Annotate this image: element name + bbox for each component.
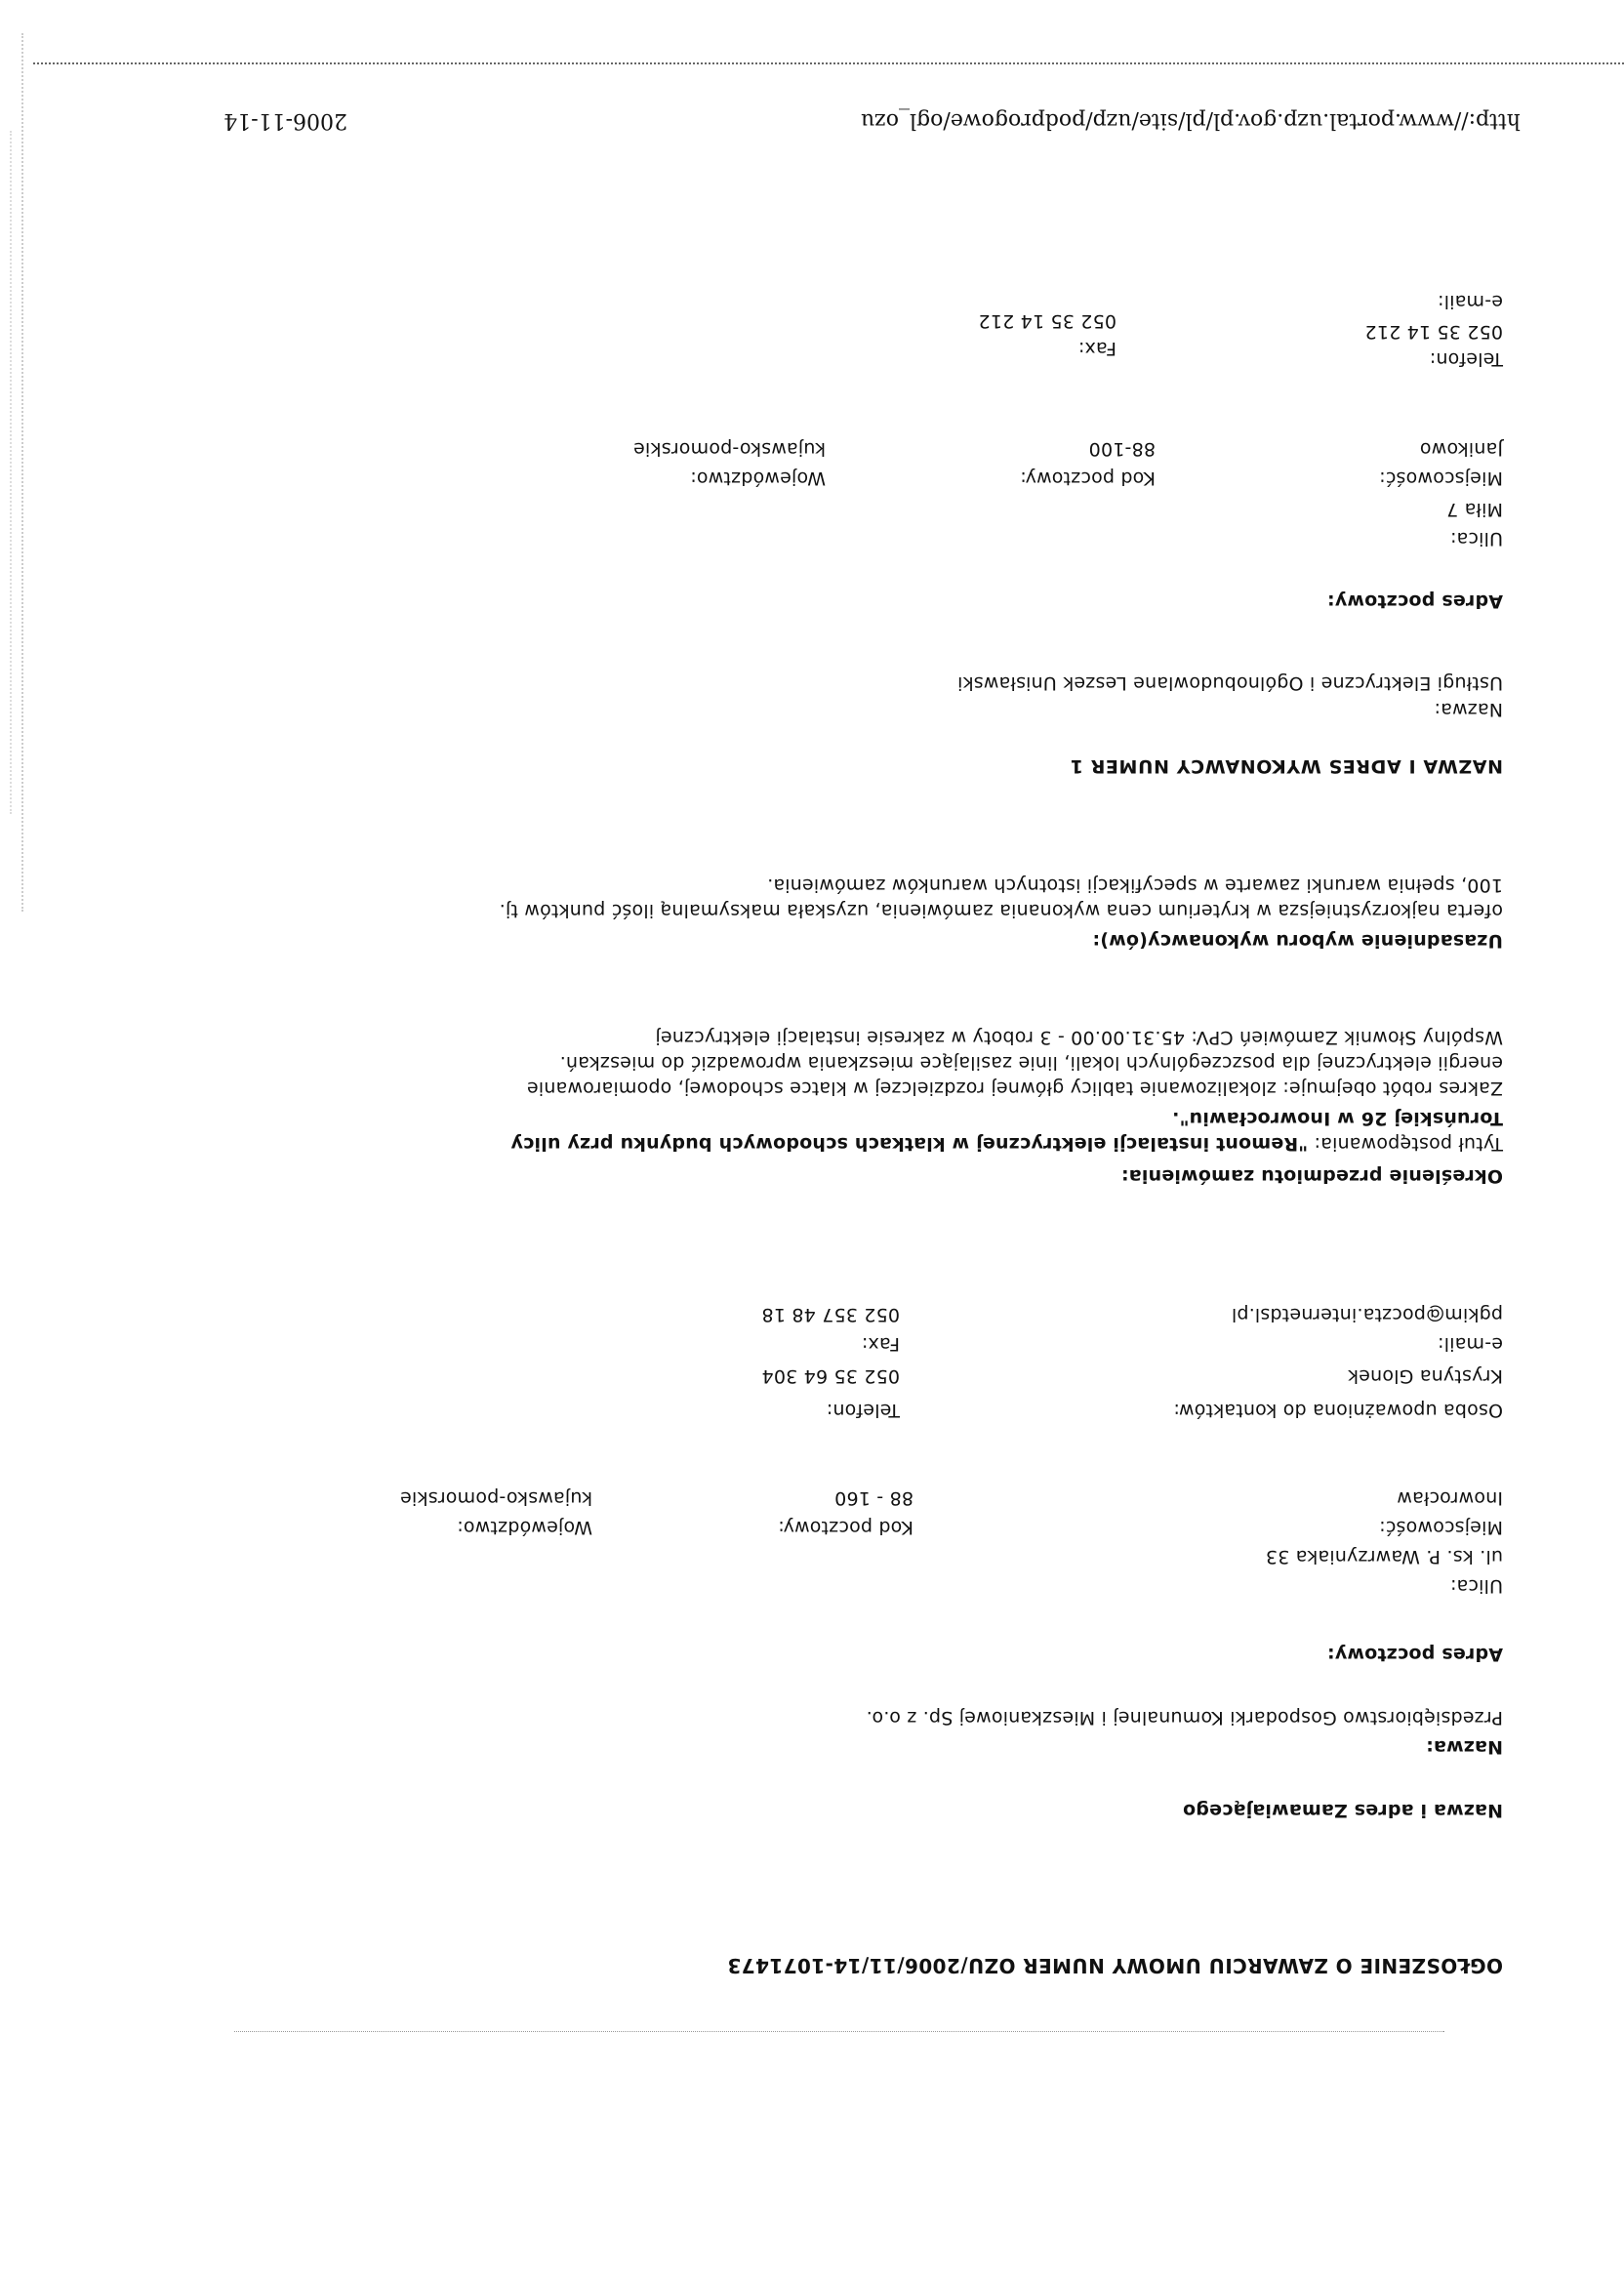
wykonawca-address-heading: Adres pocztowy: bbox=[1327, 590, 1503, 613]
zamawiajacy-phone-label: Telefon: bbox=[827, 1399, 900, 1422]
scan-noise bbox=[10, 131, 12, 814]
zamawiajacy-heading: Nazwa i adres Zamawiającego bbox=[1183, 1799, 1503, 1822]
wykonawca-fax-label: Fax: bbox=[1078, 337, 1116, 360]
footer-url: http://www.portal.uzp.gov.pl/pl/site/uzp… bbox=[861, 108, 1521, 133]
przedmiot-title-line2: Toruńskiej 26 w Inowrocławiu". bbox=[1172, 1107, 1503, 1130]
wykonawca-postcode: 88-100 bbox=[1089, 437, 1157, 461]
wykonawca-street-label: Ulica: bbox=[1450, 527, 1503, 550]
zamawiajacy-voivodeship: kujawsko-pomorskie bbox=[400, 1486, 592, 1510]
przedmiot-title-line1: Tytuł postępowania: "Remont instalacji e… bbox=[510, 1132, 1503, 1156]
przedmiot-title: "Remont instalacji elektrycznej w klatka… bbox=[510, 1133, 1308, 1155]
wykonawca-postcode-label: Kod pocztowy: bbox=[1020, 467, 1156, 490]
zamawiajacy-city: Inowrocław bbox=[1397, 1486, 1503, 1510]
przedmiot-heading: Określenie przedmiotu zamówienia: bbox=[1121, 1164, 1503, 1188]
zamawiajacy-address-heading: Adres pocztowy: bbox=[1327, 1643, 1503, 1666]
wykonawca-city-label: Miejscowość: bbox=[1379, 467, 1503, 490]
przedmiot-cpv: Wspólny Słownik Zamówień CPV: 45.31.00.0… bbox=[655, 1026, 1503, 1049]
uzasadnienie-line2: 100, spełnia warunki zawarte w specyfika… bbox=[767, 874, 1503, 897]
wykonawca-name-label: Nazwa: bbox=[1434, 698, 1503, 721]
przedmiot-scope-line1: Zakres robót obejmuje: zlokalizowanie ta… bbox=[527, 1077, 1503, 1100]
zamawiajacy-city-label: Miejscowość: bbox=[1379, 1516, 1503, 1539]
zamawiajacy-street: ul. ks. P. Wawrzyniaka 33 bbox=[1266, 1545, 1503, 1568]
przedmiot-title-prefix: Tytuł postępowania: bbox=[1308, 1133, 1503, 1155]
zamawiajacy-email: pgkim@poczta.internetdsl.pl bbox=[1232, 1303, 1503, 1326]
zamawiajacy-postcode-label: Kod pocztowy: bbox=[778, 1516, 913, 1539]
uzasadnienie-line1: oferta najkorzystniejsza w kryterium cen… bbox=[500, 899, 1503, 922]
scan-noise bbox=[21, 33, 23, 912]
uzasadnienie-heading: Uzasadnienie wyboru wykonawcy(ów): bbox=[1092, 929, 1503, 953]
zamawiajacy-voivodeship-label: Województwo: bbox=[457, 1516, 592, 1539]
wykonawca-email-label: e-mail: bbox=[1438, 290, 1503, 313]
zamawiajacy-contact-person: Krystyna Glonek bbox=[1348, 1364, 1503, 1388]
wykonawca-street: Miła 7 bbox=[1446, 498, 1503, 521]
wykonawca-phone-label: Telefon: bbox=[1430, 347, 1503, 371]
wykonawca-name: Ustługi Elektryczne i Ogólnobudowlane Le… bbox=[957, 671, 1503, 695]
footer-date: 2006-11-14 bbox=[223, 108, 347, 133]
zamawiajacy-fax: 052 357 48 18 bbox=[761, 1303, 900, 1326]
wykonawca-voivodeship-label: Województwo: bbox=[690, 467, 826, 490]
wykonawca-voivodeship: kujawsko-pomorskie bbox=[633, 437, 826, 461]
wykonawca-fax: 052 35 14 212 bbox=[978, 309, 1116, 333]
zamawiajacy-fax-label: Fax: bbox=[862, 1332, 900, 1356]
scan-edge-line bbox=[33, 62, 1624, 64]
zamawiajacy-phone: 052 35 64 304 bbox=[761, 1364, 900, 1388]
scan-divider bbox=[234, 2031, 1444, 2032]
przedmiot-scope-line2: energii elektrycznej dla poszczególnych … bbox=[560, 1051, 1503, 1075]
zamawiajacy-postcode: 88 - 160 bbox=[834, 1486, 913, 1510]
zamawiajacy-name: Przedsiębiorstwo Gospodarki Komunalnej i… bbox=[866, 1706, 1503, 1729]
zamawiajacy-street-label: Ulica: bbox=[1450, 1574, 1503, 1598]
wykonawca-city: Janikowo bbox=[1420, 437, 1503, 461]
wykonawca-phone: 052 35 14 212 bbox=[1364, 320, 1503, 344]
document-title: OGŁOSZENIE O ZAWARCIU UMOWY NUMER OZU/20… bbox=[727, 1954, 1503, 1977]
zamawiajacy-email-label: e-mail: bbox=[1438, 1332, 1503, 1356]
scanned-page: OGŁOSZENIE O ZAWARCIU UMOWY NUMER OZU/20… bbox=[0, 0, 1624, 2278]
zamawiajacy-contact-label: Osoba upoważniona do kontaktów: bbox=[1173, 1399, 1503, 1422]
zamawiajacy-name-label: Nazwa: bbox=[1426, 1735, 1503, 1759]
wykonawca-heading: NAZWA I ADRES WYKONAWCY NUMER 1 bbox=[1070, 754, 1503, 778]
